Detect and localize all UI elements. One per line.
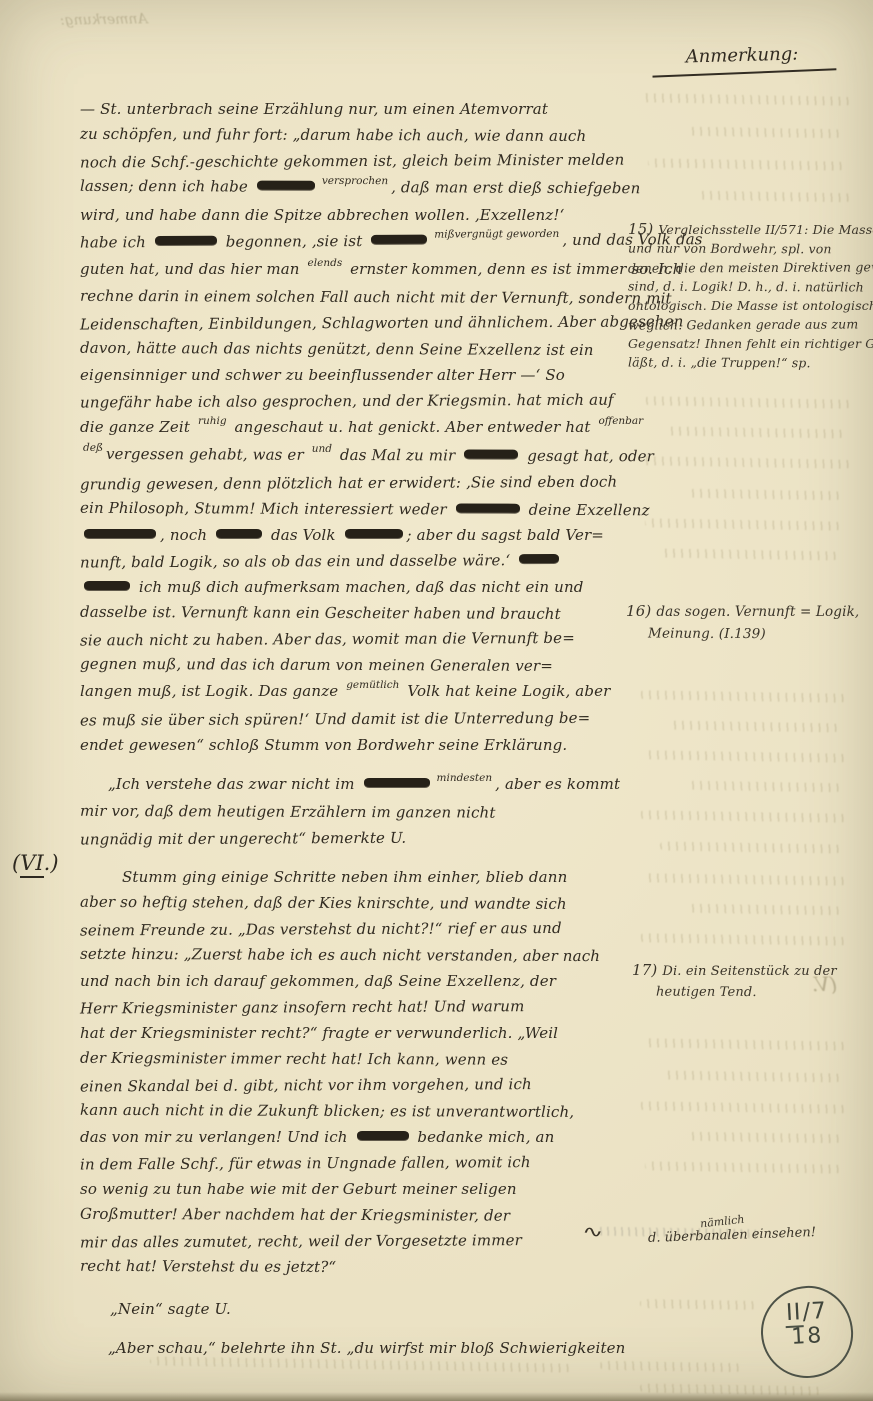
handwritten-text: Di. ein Seitenstück zu der: [662, 964, 836, 979]
handwritten-text: davon, hätte auch das nichts genützt, de…: [80, 339, 594, 359]
manuscript-line: kann auch nicht in die Zukunft blicken; …: [80, 1097, 632, 1125]
manuscript-line: 17)Di. ein Seitenstück zu der: [632, 960, 873, 982]
bleedthrough-ghost-line: [645, 873, 845, 885]
manuscript-line: aber so heftig stehen, daß der Kies knir…: [80, 889, 632, 917]
handwritten-text: „Nein“ sagte U.: [110, 1300, 231, 1318]
paragraph: „Ich verstehe das zwar nicht im mindeste…: [80, 771, 632, 851]
ink-blot-deletion: [464, 449, 518, 458]
handwritten-text: der Kriegsminister immer recht hat! Ich …: [80, 1049, 508, 1069]
manuscript-line: und nur von Bordwehr, spl. von: [628, 238, 873, 258]
ink-blot-deletion: [519, 554, 559, 563]
handwritten-text: läßt, d. i. „die Truppen!“ sp.: [628, 354, 811, 370]
manuscript-line: deßvergessen gehabt, was er und das Mal …: [80, 441, 632, 471]
paragraph: „Nein“ sagte U.: [80, 1296, 632, 1322]
interlinear-insertion: gemütlich: [346, 679, 399, 691]
manuscript-line: dasselbe ist. Vernunft kann ein Gescheit…: [80, 599, 632, 627]
manuscript-line: zu schöpfen, und fuhr fort: „darum habe …: [80, 121, 632, 149]
paragraph: — St. unterbrach seine Erzählung nur, um…: [80, 96, 632, 758]
handwritten-text: kann auch nicht in die Zukunft blicken; …: [80, 1101, 574, 1121]
chapter-marker-close: .): [44, 851, 59, 875]
bleedthrough-ghost-line: [700, 191, 850, 203]
manuscript-line: Gegensatz! Ihnen fehlt ein richtiger Ged…: [628, 334, 873, 353]
handwritten-text: noch die Schf.-geschichte gekommen ist, …: [80, 151, 624, 172]
scan-edge: [0, 1392, 873, 1401]
note-number: 15): [628, 220, 658, 238]
handwritten-text: ich muß dich aufmerksam machen, daß das …: [134, 578, 584, 596]
handwritten-text: angeschaut u. hat genickt. Aber entweder…: [230, 418, 596, 436]
manuscript-line: setzte hinzu: „Zuerst habe ich es auch n…: [80, 941, 632, 969]
handwritten-text: zu schöpfen, und fuhr fort: „darum habe …: [80, 125, 586, 145]
handwritten-text: in dem Falle Schf., für etwas in Ungnade…: [80, 1153, 531, 1173]
handwritten-text: ein Philosoph, Stumm! Mich interessiert …: [80, 499, 452, 519]
handwritten-text: mir vor, daß dem heutigen Erzählern im g…: [80, 802, 496, 822]
manuscript-line: sind, d. i. Logik! D. h., d. i. natürlic…: [628, 276, 873, 296]
manuscript-line: heutigen Tend.: [632, 981, 873, 1003]
handwritten-text: Meinung. (I.139): [648, 626, 766, 643]
manuscript-line: recht hat! Verstehst du es jetzt?“: [80, 1253, 632, 1281]
ink-blot-deletion: [364, 778, 430, 787]
bleedthrough-header: Anmerkung:: [60, 11, 148, 29]
handwritten-text: deine Exzellenz: [524, 501, 650, 520]
note-number: 17): [632, 961, 662, 979]
handwritten-text: gesagt hat, oder: [522, 447, 654, 466]
handwritten-text: lassen; denn ich habe: [80, 177, 253, 196]
manuscript-line: ungefähr habe ich also gesprochen, und d…: [80, 387, 632, 416]
handwritten-text: ungnädig mit der ungerecht“ bemerkte U.: [80, 829, 406, 849]
manuscript-line: hat der Kriegsminister recht?“ fragte er…: [80, 1020, 632, 1046]
manuscript-line: 15)Vergleichsstelle II/571: Die Masse: [628, 220, 873, 239]
handwritten-text: Stumm ging einige Schritte neben ihm ein…: [122, 868, 567, 886]
handwritten-text: , noch: [160, 526, 212, 544]
handwritten-text: habe ich: [80, 233, 151, 251]
manuscript-line: Herr Kriegsminister ganz insofern recht …: [80, 993, 632, 1022]
note-number: 16): [626, 602, 656, 620]
handwritten-text: und nur von Bordwehr, spl. von: [628, 240, 832, 256]
handwritten-text: , daß man erst dieß schiefgeben: [391, 178, 640, 197]
handwritten-text: rechne darin in einem solchen Fall auch …: [80, 287, 672, 308]
manuscript-line: endet gewesen“ schloß Stumm von Bordwehr…: [80, 732, 632, 758]
manuscript-line: 16)das sogen. Vernunft = Logik,: [626, 600, 873, 623]
manuscript-line: ich muß dich aufmerksam machen, daß das …: [80, 574, 632, 600]
handwritten-text: vergessen gehabt, was er: [106, 445, 309, 464]
handwritten-text: — St. unterbrach seine Erzählung nur, um…: [80, 100, 548, 118]
handwritten-text: ontologisch. Die Masse ist ontologisch b…: [628, 298, 873, 313]
handwritten-text: hat der Kriegsminister recht?“ fragte er…: [80, 1024, 558, 1042]
manuscript-line: „Aber schau,“ belehrte ihn St. „du wirfs…: [80, 1335, 632, 1361]
ink-blot-deletion: [84, 581, 130, 590]
handwritten-text: endet gewesen“ schloß Stumm von Bordwehr…: [80, 736, 567, 754]
handwritten-text: sind, d. i. Logik! D. h., d. i. natürlic…: [628, 278, 864, 294]
manuscript-line: eigensinniger und schwer zu beeinflussen…: [80, 362, 632, 388]
chapter-marker-open: (: [12, 851, 20, 875]
manuscript-line: weglich. Gedanken gerade aus zum: [628, 314, 873, 334]
handwritten-text: begonnen, ‚sie ist: [221, 232, 368, 251]
manuscript-line: habe ich begonnen, ‚sie ist mißvergnügt …: [80, 227, 632, 258]
header-note-anmerkung: Anmerkung:: [662, 42, 823, 70]
ink-blot-deletion: [456, 503, 520, 512]
manuscript-line: ein Philosoph, Stumm! Mich interessiert …: [80, 495, 632, 523]
handwritten-text: das Mal zu mir: [335, 446, 460, 465]
handwritten-text: aber so heftig stehen, daß der Kies knir…: [80, 893, 567, 913]
folio-stamp-number: 18: [763, 1322, 852, 1353]
manuscript-line: denen, die den meisten Direktiven gewach…: [628, 257, 873, 277]
handwritten-text: setzte hinzu: „Zuerst habe ich es auch n…: [80, 945, 600, 965]
manuscript-line: Großmutter! Aber nachdem hat der Kriegsm…: [80, 1201, 632, 1229]
margin-note-15: 15)Vergleichsstelle II/571: Die Masseund…: [628, 220, 873, 372]
bleedthrough-ghost-line: [645, 1038, 845, 1050]
manuscript-line: Meinung. (I.139): [626, 622, 873, 645]
manuscript-line: guten hat, und das hier man elends ernst…: [80, 256, 632, 284]
bleedthrough-ghost-line: [640, 1101, 845, 1114]
ink-blot-deletion: [216, 529, 262, 538]
manuscript-line: sie auch nicht zu haben. Aber das, womit…: [80, 625, 632, 654]
bleedthrough-ghost-line: [645, 396, 850, 409]
bleedthrough-ghost-line: [645, 518, 840, 530]
bleedthrough-ghost-line: [640, 933, 845, 946]
handwritten-text: Herr Kriegsminister ganz insofern recht …: [80, 997, 525, 1017]
bleedthrough-ghost-line: [690, 1132, 840, 1144]
bleedthrough-ghost-line: [640, 93, 850, 106]
handwritten-text: es muß sie über sich spüren!‘ Und damit …: [80, 709, 590, 730]
manuscript-line: der Kriegsminister immer recht hat! Ich …: [80, 1045, 632, 1073]
handwritten-text: die ganze Zeit: [80, 418, 195, 436]
manuscript-line: das von mir zu verlangen! Und ich bedank…: [80, 1124, 632, 1150]
manuscript-line: mir vor, daß dem heutigen Erzählern im g…: [80, 798, 632, 826]
manuscript-line: Stumm ging einige Schritte neben ihm ein…: [80, 864, 632, 890]
bleedthrough-ghost-line: [690, 489, 840, 501]
bleedthrough-ghost-line: [640, 456, 850, 469]
interlinear-insertion: offenbar: [598, 415, 643, 427]
ink-blot-deletion: [357, 1131, 409, 1140]
handwritten-text: heutigen Tend.: [656, 985, 757, 1000]
manuscript-body: — St. unterbrach seine Erzählung nur, um…: [80, 96, 632, 1374]
handwritten-text: so wenig zu tun habe wie mit der Geburt …: [80, 1180, 517, 1198]
handwritten-text: Vergleichsstelle II/571: Die Masse: [658, 222, 873, 237]
paragraph: Stumm ging einige Schritte neben ihm ein…: [80, 864, 632, 1280]
manuscript-line: langen muß, ist Logik. Das ganze gemütli…: [80, 678, 632, 706]
manuscript-line: „Ich verstehe das zwar nicht im mindeste…: [80, 771, 632, 799]
bleedthrough-ghost-line: [640, 690, 845, 703]
interlinear-insertion: ruhig: [198, 415, 227, 427]
bleedthrough-ghost-line: [645, 750, 845, 762]
interlinear-insertion: versprochen: [322, 175, 388, 187]
handwritten-text: Großmutter! Aber nachdem hat der Kriegsm…: [80, 1205, 510, 1225]
folio-stamp-slash-seven: /7: [802, 1298, 828, 1325]
bleedthrough-ghost-line: [690, 127, 840, 139]
handwritten-text: Gegensatz! Ihnen fehlt ein richtiger Ged…: [628, 336, 873, 351]
handwritten-text: „Aber schau,“ belehrte ihn St. „du wirfs…: [108, 1339, 625, 1357]
manuscript-line: gegnen muß, und das ich darum von meinen…: [80, 651, 632, 679]
manuscript-line: wird, und habe dann die Spitze abbrechen…: [80, 202, 632, 228]
paper-page: Anmerkung: (V. Anmerkung: (VI.) — St. un…: [0, 0, 873, 1401]
ink-blot-deletion: [84, 529, 156, 538]
manuscript-line: , noch das Volk ; aber du sagst bald Ver…: [80, 522, 632, 548]
handwritten-text: denen, die den meisten Direktiven gewach…: [628, 259, 873, 276]
ink-blot-deletion: [345, 529, 403, 538]
squiggle-mark: ∿: [582, 1222, 603, 1241]
bleedthrough-ghost-line: [645, 1161, 840, 1173]
manuscript-line: ungnädig mit der ungerecht“ bemerkte U.: [80, 824, 632, 853]
handwritten-text: ungefähr habe ich also gesprochen, und d…: [80, 391, 614, 412]
handwritten-text: das Volk: [266, 526, 340, 544]
manuscript-line: einen Skandal bei d. gibt, nicht vor ihm…: [80, 1071, 632, 1100]
manuscript-line: die ganze Zeit ruhig angeschaut u. hat g…: [80, 414, 632, 442]
handwritten-text: guten hat, und das hier man: [80, 260, 305, 278]
manuscript-line: nunft, bald Logik, so als ob das ein und…: [80, 547, 632, 576]
ink-blot-deletion: [371, 235, 427, 244]
manuscript-line: rechne darin in einem solchen Fall auch …: [80, 283, 632, 311]
manuscript-line: läßt, d. i. „die Truppen!“ sp.: [628, 352, 873, 372]
handwritten-text: , aber es kommt: [495, 775, 620, 793]
chapter-marker-numeral: VI: [20, 851, 43, 878]
handwritten-text: das sogen. Vernunft = Logik,: [656, 604, 859, 620]
interlinear-insertion: und: [312, 443, 332, 455]
interlinear-insertion: mindesten: [437, 772, 493, 784]
ink-blot-deletion: [155, 236, 217, 245]
handwritten-text: sie auch nicht zu haben. Aber das, womit…: [80, 629, 575, 650]
bleedthrough-ghost-line: [665, 1070, 840, 1082]
handwritten-text: langen muß, ist Logik. Das ganze: [80, 682, 343, 700]
handwritten-text: und nach bin ich darauf gekommen, daß Se…: [80, 972, 556, 990]
ink-blot-deletion: [257, 181, 315, 190]
manuscript-line: Leidenschaften, Einbildungen, Schlagwort…: [80, 309, 632, 338]
interlinear-insertion: elends: [308, 257, 343, 269]
manuscript-line: grundig gewesen, denn plötzlich hat er e…: [80, 469, 632, 498]
handwritten-text: nunft, bald Logik, so als ob das ein und…: [80, 551, 515, 571]
handwritten-text: wird, und habe dann die Spitze abbrechen…: [80, 206, 564, 224]
margin-note-16: 16)das sogen. Vernunft = Logik,Meinung. …: [626, 600, 873, 645]
handwritten-text: weglich. Gedanken gerade aus zum: [628, 316, 858, 332]
handwritten-text: ; aber du sagst bald Ver=: [407, 526, 604, 544]
manuscript-line: noch die Schf.-geschichte gekommen ist, …: [80, 147, 632, 176]
handwritten-text: einen Skandal bei d. gibt, nicht vor ihm…: [80, 1075, 532, 1095]
handwritten-text: das von mir zu verlangen! Und ich: [80, 1128, 353, 1146]
interlinear-insertion: mißvergnügt geworden: [434, 228, 559, 241]
margin-note-17: 17)Di. ein Seitenstück zu derheutigen Te…: [632, 960, 873, 1003]
manuscript-line: — St. unterbrach seine Erzählung nur, um…: [80, 96, 632, 122]
bleedthrough-ghost-line: [662, 548, 837, 560]
manuscript-line: seinem Freunde zu. „Das verstehst du nic…: [80, 915, 632, 944]
handwritten-text: Leidenschaften, Einbildungen, Schlagwort…: [80, 312, 684, 333]
handwritten-text: dasselbe ist. Vernunft kann ein Gescheit…: [80, 603, 561, 623]
chapter-marker-vi: (VI.): [12, 850, 59, 876]
manuscript-scan: { "page": { "header_note": "Anmerkung:",…: [0, 0, 873, 1401]
bleedthrough-ghost-line: [668, 721, 838, 733]
manuscript-line: ontologisch. Die Masse ist ontologisch b…: [628, 296, 873, 315]
handwritten-text: „Ich verstehe das zwar nicht im: [108, 775, 360, 793]
manuscript-line: in dem Falle Schf., für etwas in Ungnade…: [80, 1149, 632, 1178]
manuscript-line: so wenig zu tun habe wie mit der Geburt …: [80, 1176, 632, 1202]
bleedthrough-ghost-line: [648, 158, 843, 170]
handwritten-text: grundig gewesen, denn plötzlich hat er e…: [80, 473, 617, 494]
handwritten-text: mir das alles zumutet, recht, weil der V…: [80, 1231, 522, 1251]
handwritten-text: recht hat! Verstehst du es jetzt?“: [80, 1257, 336, 1276]
manuscript-line: davon, hätte auch das nichts genützt, de…: [80, 335, 632, 363]
bottom-annotation: nämlich d. überbanalen einsehen!: [648, 1214, 816, 1245]
manuscript-line: mir das alles zumutet, recht, weil der V…: [80, 1227, 632, 1256]
folio-stamp: II/7 18: [759, 1284, 856, 1381]
handwritten-text: Volk hat keine Logik, aber: [402, 682, 610, 700]
manuscript-line: es muß sie über sich spüren!‘ Und damit …: [80, 705, 632, 734]
handwritten-text: gegnen muß, und das ich darum von meinen…: [80, 655, 553, 675]
manuscript-line: „Nein“ sagte U.: [80, 1296, 632, 1322]
bleedthrough-ghost-line: [640, 1299, 755, 1310]
interlinear-insertion: deß: [83, 442, 103, 454]
handwritten-text: seinem Freunde zu. „Das verstehst du nic…: [80, 919, 562, 940]
bleedthrough-ghost-line: [660, 841, 840, 853]
manuscript-line: und nach bin ich darauf gekommen, daß Se…: [80, 968, 632, 994]
handwritten-text: bedanke mich, an: [413, 1128, 555, 1146]
bleedthrough-ghost-line: [690, 904, 840, 916]
handwritten-text: eigensinniger und schwer zu beeinflussen…: [80, 366, 565, 384]
bleedthrough-ghost-line: [640, 810, 845, 823]
bleedthrough-ghost-line: [690, 781, 840, 793]
paragraph: „Aber schau,“ belehrte ihn St. „du wirfs…: [80, 1335, 632, 1361]
manuscript-line: lassen; denn ich habe versprochen, daß m…: [80, 173, 632, 203]
bleedthrough-ghost-line: [668, 426, 843, 438]
